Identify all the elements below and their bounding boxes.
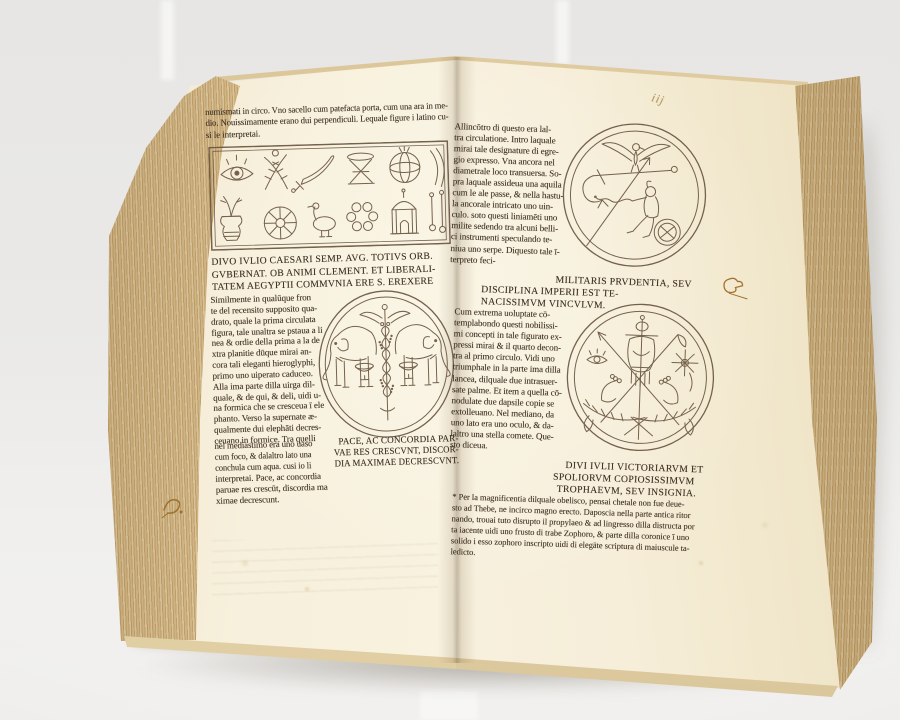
book-photograph: numismati in circo. Vno sacello cum pate…	[0, 0, 900, 720]
cradle-strap-bottom	[420, 690, 478, 720]
comet-star-icon	[671, 349, 698, 391]
verso-show-through	[212, 540, 438, 596]
folding-altar-icon	[347, 153, 374, 184]
eagle-icon	[601, 142, 670, 173]
elephant-icon	[322, 326, 378, 388]
vase-with-plant-icon	[220, 196, 243, 241]
anchor-eagle-soldier-medallion	[558, 119, 711, 272]
hieroglyphic-frieze-woodcut	[208, 140, 451, 251]
intro-paragraph: numismati in circo. Vno sacello cum pate…	[205, 100, 449, 141]
globe-icon	[389, 146, 420, 183]
footnote-paragraph: * Per la magnificentia dilquale obelisco…	[450, 491, 739, 566]
plumb-lines-icon	[428, 190, 445, 232]
spoked-wheel-icon	[264, 207, 297, 240]
cornucopia-icon	[601, 374, 621, 402]
folio-number: iij	[650, 90, 667, 108]
closing-lines: interpretai. Pace, ac concordiaparuae re…	[215, 470, 368, 508]
soldier-with-serpent-icon	[593, 179, 660, 238]
left-page-content: numismati in circo. Vno sacello cum pate…	[205, 98, 463, 535]
shield-icon	[654, 219, 681, 246]
scimitar-icon	[291, 156, 335, 193]
right-page-content: iij Allincōtro di questo era lal-tra cir…	[435, 85, 742, 604]
goose-icon	[308, 202, 336, 237]
ink-stain	[158, 492, 190, 524]
lantern-shrine-icon	[389, 189, 418, 234]
cradle-strap-right	[556, 0, 569, 64]
manicule-doodle	[721, 276, 752, 305]
cradle-strap-left	[161, 0, 174, 80]
interleaved-text-block: nel mediastimo era uno uasoPACE, AC CONC…	[214, 434, 459, 474]
offering-bowl-icon	[355, 363, 373, 380]
elephants-caduceus-medallion	[314, 286, 458, 442]
foxing-specks	[0, 0, 2, 2]
eye-icon	[587, 349, 607, 364]
paragraph-two: Cum extrema uoluptate cō-templabondo que…	[450, 306, 571, 454]
banner-icon	[430, 148, 444, 186]
trophy-medallion	[562, 299, 719, 456]
branch-spray-icon	[264, 150, 287, 190]
paragraph-one: Allincōtro di questo era lal-tra circula…	[450, 121, 568, 268]
eye-icon	[220, 155, 253, 181]
anchor-icon	[582, 163, 677, 210]
medallion-inner-ring	[568, 129, 700, 261]
ring-of-circles-icon	[346, 202, 378, 231]
